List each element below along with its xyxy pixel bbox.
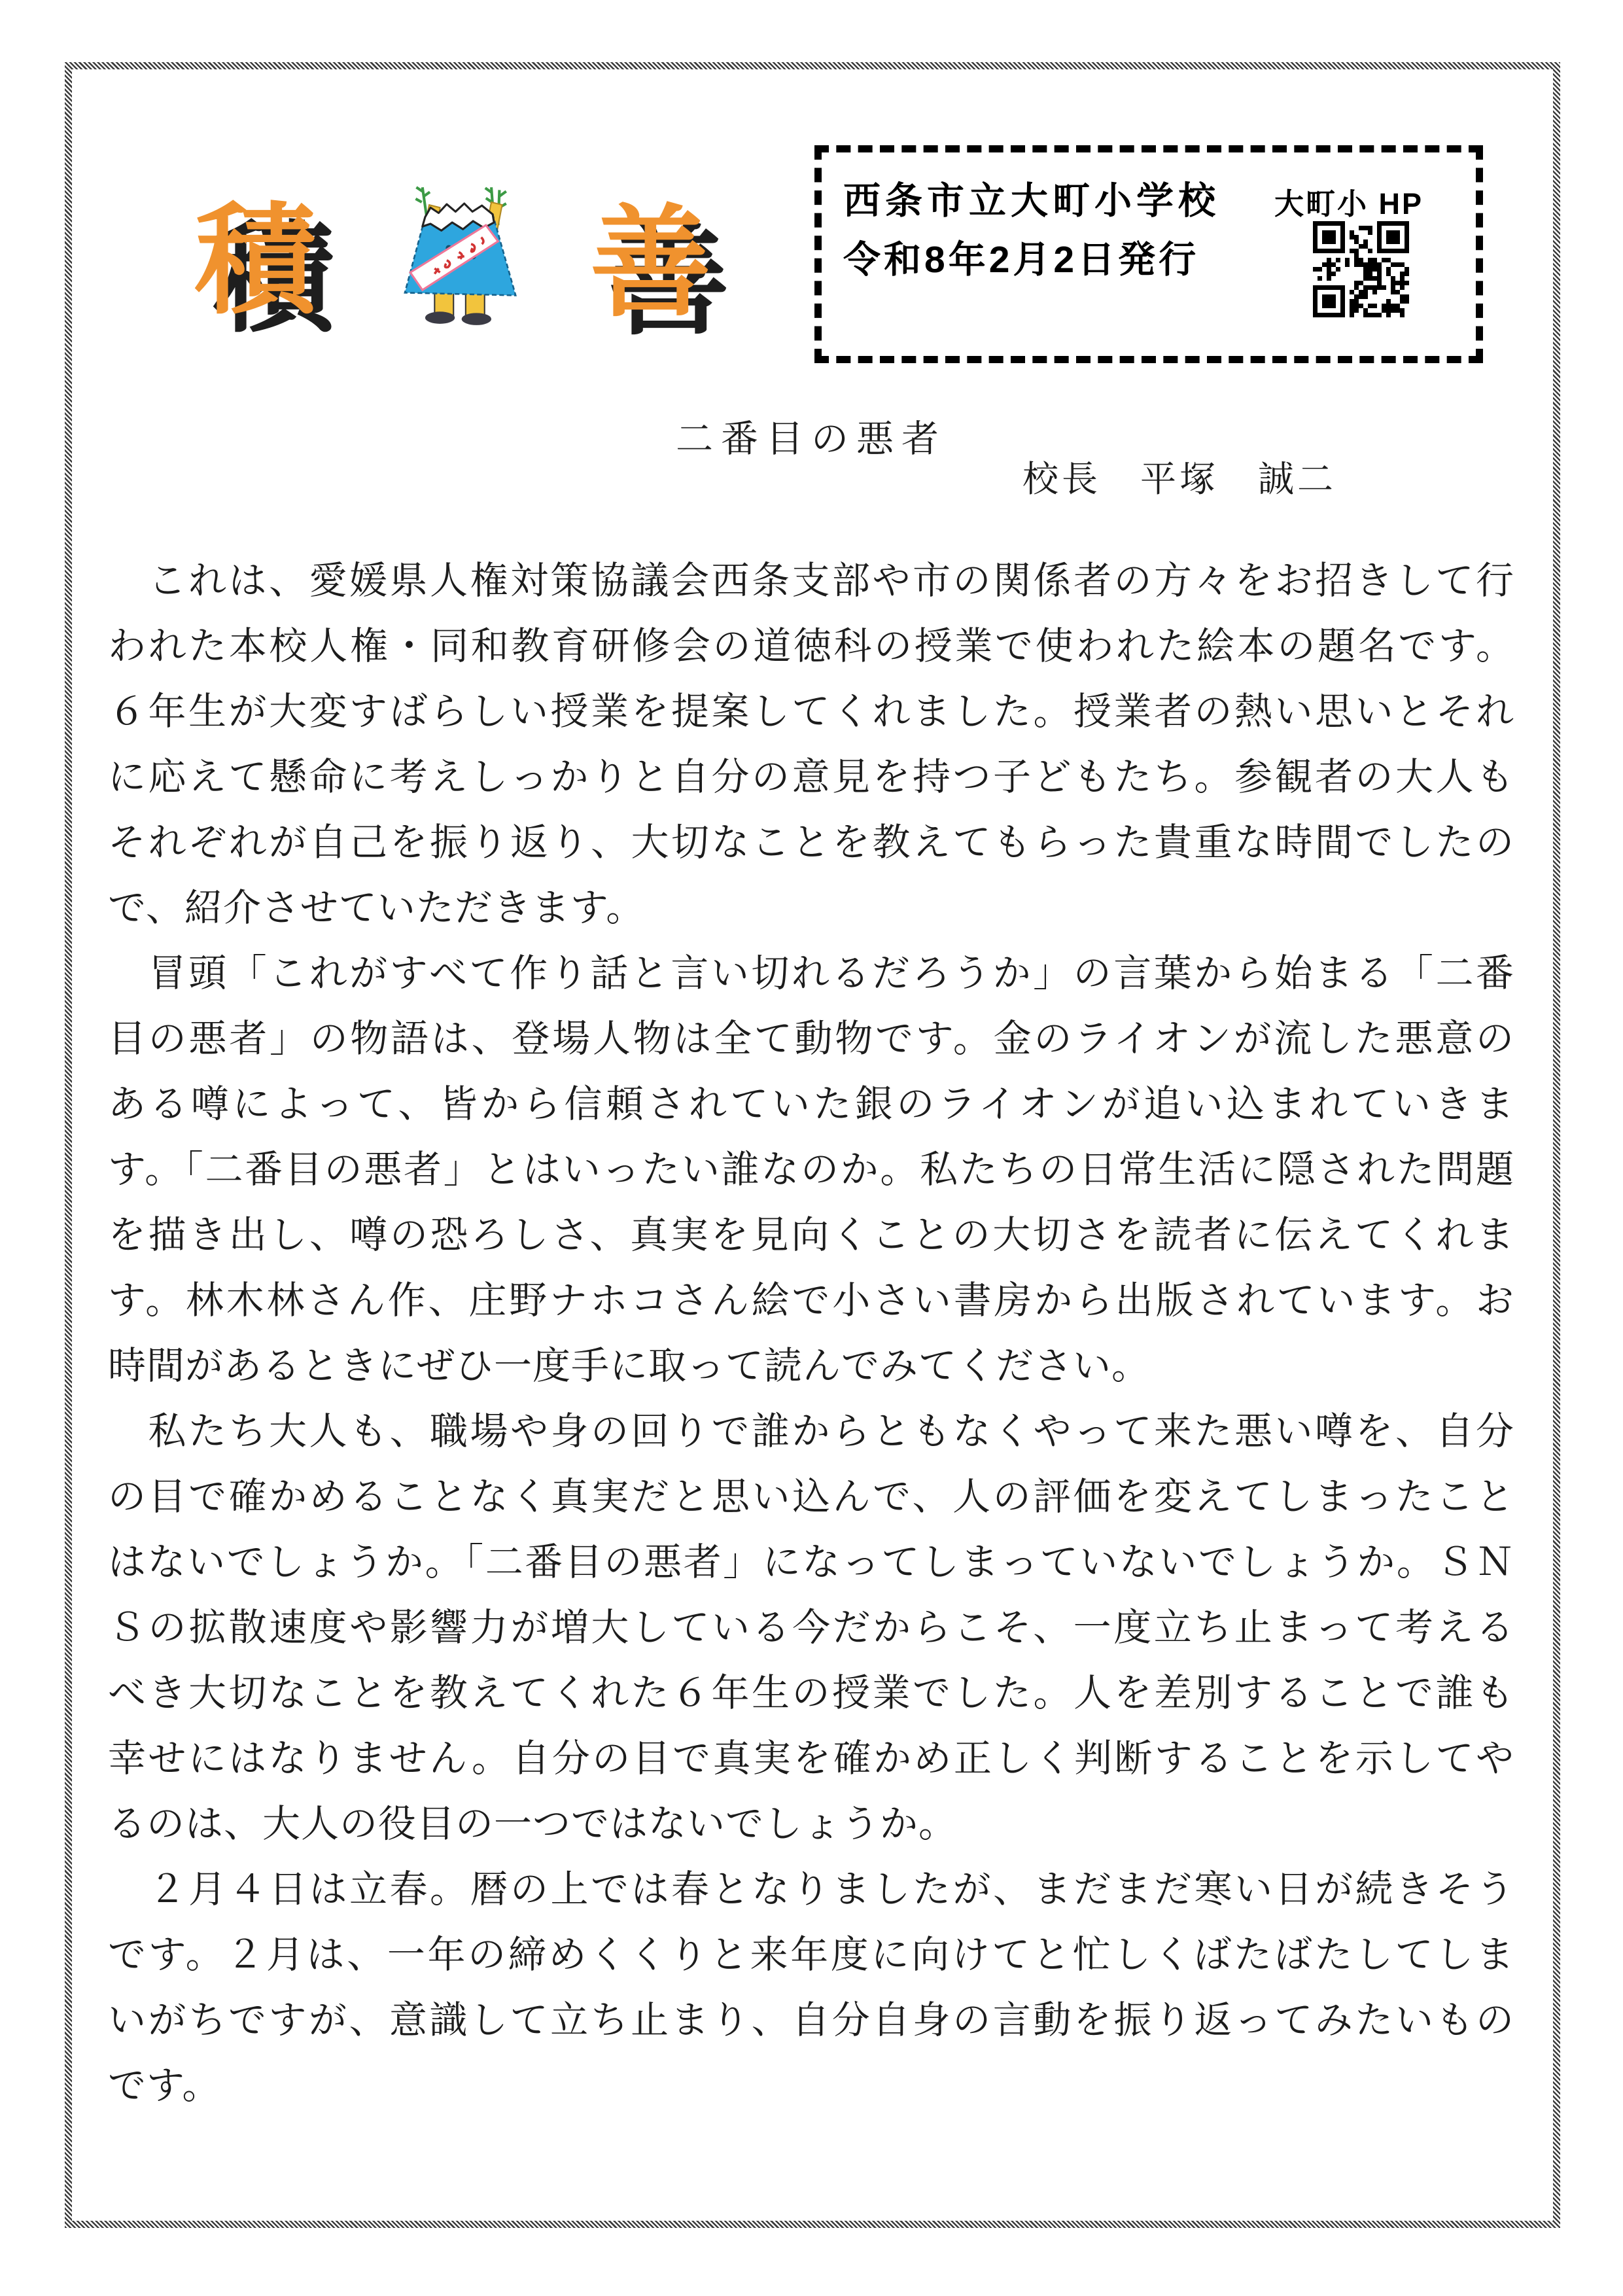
body-line: 冒頭「これがすべて作り話と言い切れるだろうか」の言葉から始まる「二番 bbox=[108, 941, 1514, 1006]
body-line: ２月４日は立春。暦の上では春となりましたが、まだまだ寒い日が続きそう bbox=[108, 1857, 1514, 1922]
mascot-shoe-left bbox=[425, 311, 455, 324]
principal-byline: 校長 平塚 誠二 bbox=[108, 458, 1514, 501]
article-body: これは、愛媛県人権対策協議会西条支部や市の関係者の方々をお招きして行われた本校人… bbox=[108, 548, 1514, 2119]
body-line: 幸せにはなりません。自分の目で真実を確かめ正しく判断することを示してや bbox=[108, 1726, 1514, 1792]
body-line: るのは、大人の役目の一つではないでしょうか。 bbox=[108, 1792, 1514, 1857]
body-line: す。「二番目の悪者」とはいったい誰なのか。私たちの日常生活に隠された問題 bbox=[108, 1137, 1514, 1203]
qr-code bbox=[1313, 221, 1409, 317]
issue-info-box: 西条市立大町小学校 大町小 HP 令和8年2月2日発行 bbox=[814, 145, 1483, 363]
article-title: 二番目の悪者 bbox=[108, 417, 1514, 462]
body-line: はないでしょうか。「二番目の悪者」になってしまっていないでしょうか。ＳＮ bbox=[108, 1530, 1514, 1595]
body-line: べき大切なことを教えてくれた６年生の授業でした。人を差別することで誰も bbox=[108, 1661, 1514, 1726]
body-line: を描き出し、噂の恐ろしさ、真実を見向くことの大切さを読者に伝えてくれま bbox=[108, 1203, 1514, 1268]
body-line: で、紹介させていただきます。 bbox=[108, 875, 1514, 941]
body-line: です。 bbox=[108, 2053, 1514, 2119]
mountain-mascot-icon bbox=[391, 182, 527, 327]
newsletter-page: 積 bbox=[0, 0, 1623, 2296]
body-line: ６年生が大変すばらしい授業を提案してくれました。授業者の熱い思いとそれ bbox=[108, 679, 1514, 745]
body-line: われた本校人権・同和教育研修会の道徳科の授業で使われた絵本の題名です。 bbox=[108, 614, 1514, 679]
body-line: の目で確かめることなく真実だと思い込んで、人の評価を変えてしまったこと bbox=[108, 1464, 1514, 1530]
body-line: それぞれが自己を振り返り、大切なことを教えてもらった貴重な時間でしたの bbox=[108, 810, 1514, 875]
body-line: に応えて懸命に考えしっかりと自分の意見を持つ子どもたち。参観者の大人も bbox=[108, 745, 1514, 810]
issue-date: 令和8年2月2日発行 bbox=[843, 230, 1199, 283]
body-line: 目の悪者」の物語は、登場人物は全て動物です。金のライオンが流した悪意の bbox=[108, 1006, 1514, 1072]
body-line: Ｓの拡散速度や影響力が増大している今だからこそ、一度立ち止まって考える bbox=[108, 1595, 1514, 1661]
body-line: です。２月は、一年の締めくくりと来年度に向けてと忙しくばたばたしてしま bbox=[108, 1922, 1514, 1988]
body-line: 時間があるときにぜひ一度手に取って読んでみてください。 bbox=[108, 1333, 1514, 1399]
body-line: 私たち大人も、職場や身の回りで誰からともなくやって来た悪い噂を、自分 bbox=[108, 1399, 1514, 1464]
homepage-label: 大町小 HP bbox=[1274, 180, 1423, 222]
body-line: これは、愛媛県人権対策協議会西条支部や市の関係者の方々をお招きして行 bbox=[108, 548, 1514, 614]
body-line: ある噂によって、皆から信頼されていた銀のライオンが追い込まれていきま bbox=[108, 1072, 1514, 1137]
mascot-shoe-right bbox=[462, 313, 491, 325]
school-mascot-illustration bbox=[391, 182, 527, 330]
masthead-title-char-zen: 善 bbox=[590, 204, 711, 325]
body-line: す。林木林さん作、庄野ナホコさん絵で小さい書房から出版されています。お bbox=[108, 1268, 1514, 1333]
masthead-title-char-seki: 積 bbox=[195, 202, 316, 323]
body-line: いがちですが、意識して立ち止まり、自分自身の言動を振り返ってみたいもの bbox=[108, 1988, 1514, 2053]
school-name: 西条市立大町小学校 bbox=[843, 171, 1220, 224]
